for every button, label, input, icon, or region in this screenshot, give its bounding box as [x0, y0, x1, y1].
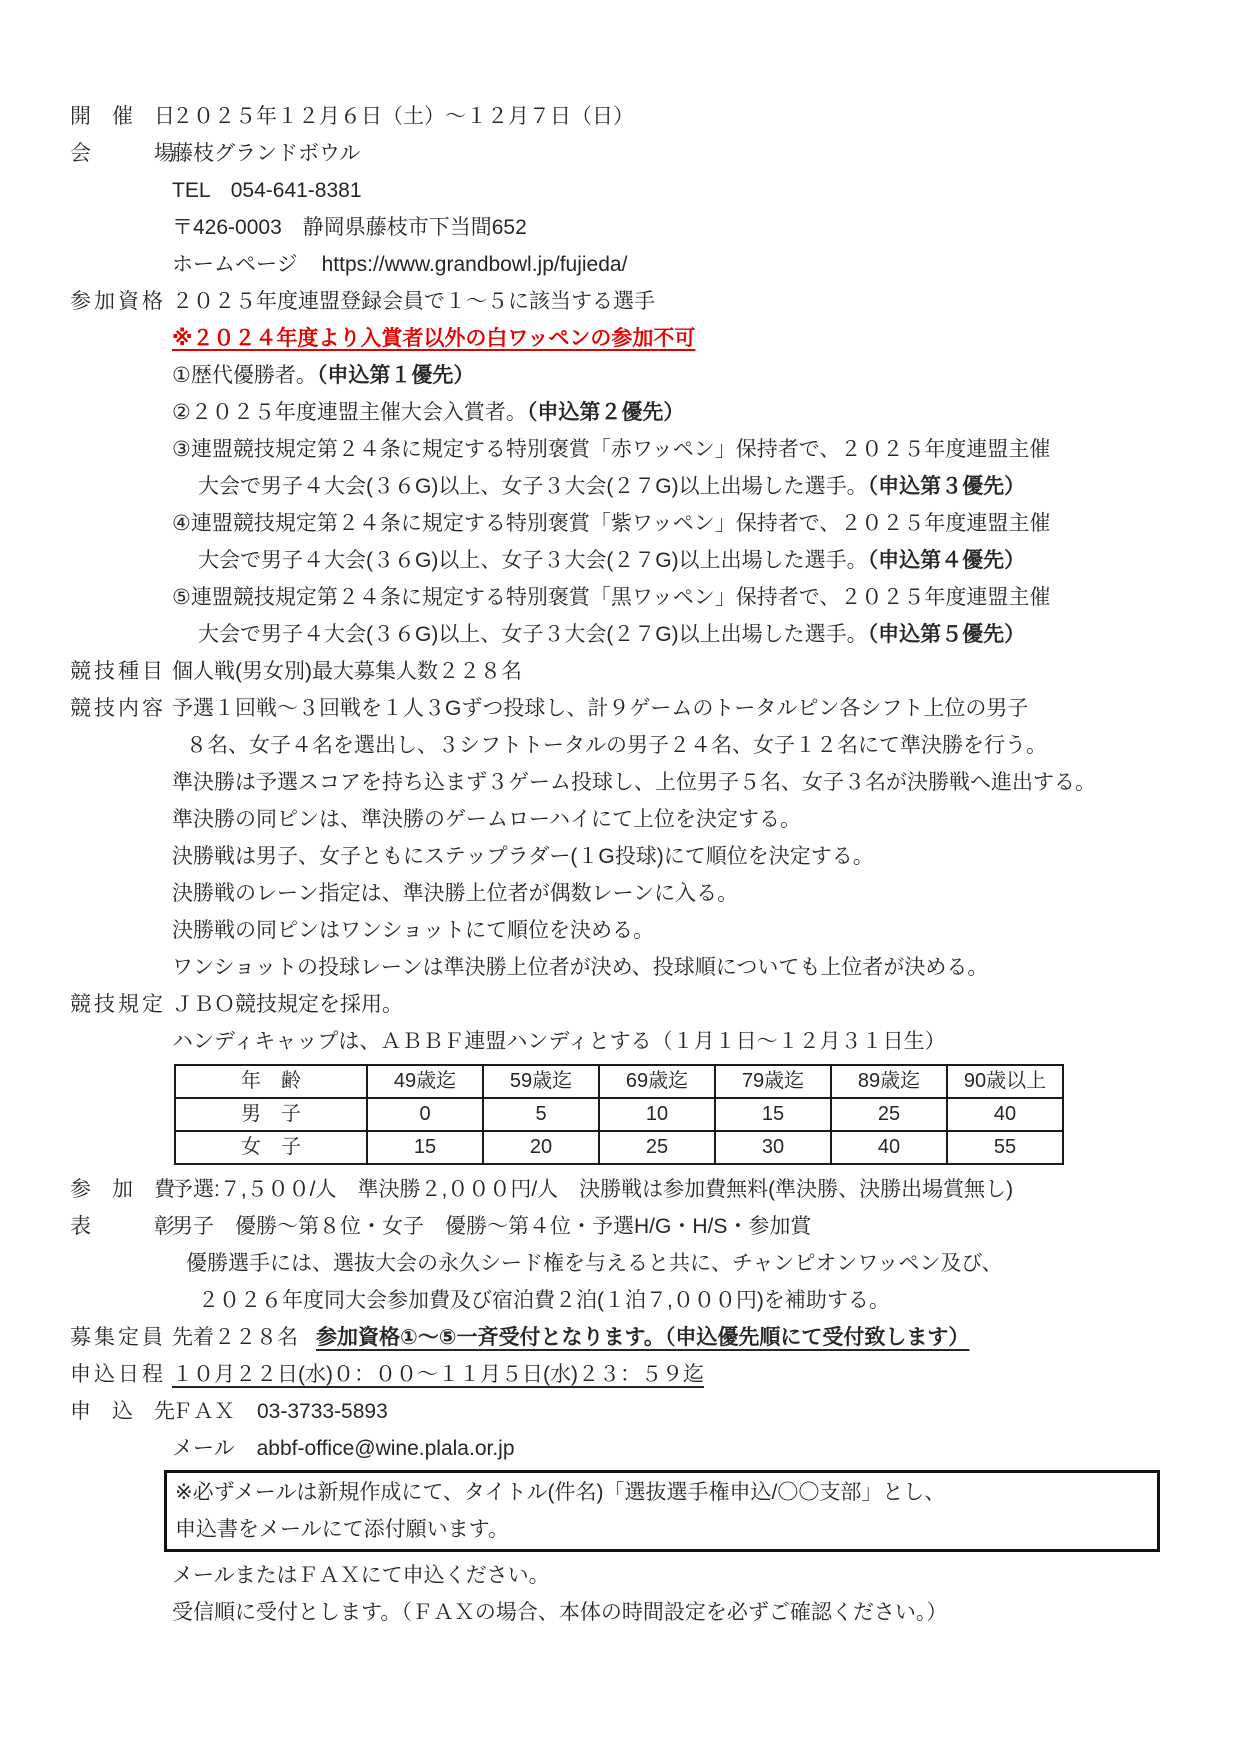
- schedule-line: １０月２２日(水)０：００～１１月５日(水)２３：５９迄: [172, 1356, 1174, 1393]
- event-type-content: 個人戦(男女別)最大募集人数２２８名: [172, 653, 1174, 690]
- rules-line: ハンディキャップは、ＡＢＢＦ連盟ハンディとする（１月１日～１２月３１日生）: [172, 1023, 1174, 1060]
- table-cell: 女 子: [175, 1131, 367, 1164]
- capacity-value: 先着２２８名: [172, 1326, 298, 1349]
- table-cell: 10: [599, 1098, 715, 1131]
- event-date-content: ２０２５年１２月６日（土）～１２月７日（日）: [172, 98, 1174, 135]
- eligibility-item-text: 大会で男子４大会(３６G)以上、女子３大会(２７G)以上出場した選手。: [198, 623, 868, 646]
- format-line: 予選１回戦～３回戦を１人３Gずつ投球し、計９ゲームのトータルピン各シフト上位の男…: [172, 690, 1174, 727]
- row-format: 競技内容 予選１回戦～３回戦を１人３Gずつ投球し、計９ゲームのトータルピン各シフ…: [70, 690, 1174, 986]
- eligibility-item-continued: 大会で男子４大会(３６G)以上、女子３大会(２７G)以上出場した選手。（申込第３…: [172, 468, 1174, 505]
- venue-homepage-line: ホームページhttps://www.grandbowl.jp/fujieda/: [172, 246, 1174, 283]
- note-box-line: ※必ずメールは新規作成にて、タイトル(件名)「選抜選手権申込/〇〇支部」とし、: [175, 1474, 1149, 1511]
- event-date-label: 開 催 日: [70, 98, 172, 135]
- awards-label: 表 彰: [70, 1208, 172, 1245]
- rules-content: ＪＢＯ競技規定を採用。 ハンディキャップは、ＡＢＢＦ連盟ハンディとする（１月１日…: [172, 986, 1174, 1171]
- application-note-box: ※必ずメールは新規作成にて、タイトル(件名)「選抜選手権申込/〇〇支部」とし、 …: [164, 1470, 1160, 1552]
- row-application: 申 込 先 ＦＡＸ03-3733-5893 メールabbf-office@win…: [70, 1393, 1174, 1631]
- format-line: 決勝戦は男子、女子ともにステップラダー(１G投球)にて順位を決定する。: [172, 838, 1174, 875]
- event-type-value: 個人戦(男女別)最大募集人数２２８名: [172, 653, 1174, 690]
- eligibility-item-continued: 大会で男子４大会(３６G)以上、女子３大会(２７G)以上出場した選手。（申込第４…: [172, 542, 1174, 579]
- eligibility-item-priority: （申込第５優先）: [868, 623, 1026, 646]
- awards-line: ２０２６年度同大会参加費及び宿泊費２泊(１泊７,０００円)を補助する。: [172, 1282, 1174, 1319]
- table-cell: 0: [367, 1098, 483, 1131]
- awards-content: 男子 優勝～第８位・女子 優勝～第４位・予選H/G・H/S・参加賞 優勝選手には…: [172, 1208, 1174, 1319]
- eligibility-item: ⑤連盟競技規定第２４条に規定する特別褒賞「黒ワッペン」保持者で、２０２５年度連盟…: [172, 579, 1174, 616]
- eligibility-item-text: 大会で男子４大会(３６G)以上、女子３大会(２７G)以上出場した選手。: [198, 475, 868, 498]
- format-line: ワンショットの投球レーンは準決勝上位者が決め、投球順についても上位者が決める。: [172, 949, 1174, 986]
- mail-address: abbf-office@wine.plala.or.jp: [257, 1437, 515, 1460]
- fax-number: 03-3733-5893: [257, 1400, 388, 1423]
- row-event-type: 競技種目 個人戦(男女別)最大募集人数２２８名: [70, 653, 1174, 690]
- handicap-table-row-women: 女 子 15 20 25 30 40 55: [175, 1131, 1063, 1164]
- table-header-cell: 90歳以上: [947, 1065, 1063, 1098]
- eligibility-item-priority: （申込第４優先）: [868, 549, 1026, 572]
- format-line: 準決勝は予選スコアを持ち込まず３ゲーム投球し、上位男子５名、女子３名が決勝戦へ進…: [172, 764, 1174, 801]
- table-header-cell: 69歳迄: [599, 1065, 715, 1098]
- venue-homepage-url: https://www.grandbowl.jp/fujieda/: [322, 253, 628, 276]
- venue-postal-address: 〒426-0003 静岡県藤枝市下当間652: [172, 209, 1174, 246]
- table-header-cell: 89歳迄: [831, 1065, 947, 1098]
- awards-line: 男子 優勝～第８位・女子 優勝～第４位・予選H/G・H/S・参加賞: [172, 1208, 1174, 1245]
- handicap-table-header-row: 年 齢 49歳迄 59歳迄 69歳迄 79歳迄 89歳迄 90歳以上: [175, 1065, 1063, 1098]
- fax-label: ＦＡＸ: [172, 1400, 235, 1423]
- application-fax-line: ＦＡＸ03-3733-5893: [172, 1393, 1174, 1430]
- format-line: 準決勝の同ピンは、準決勝のゲームローハイにて上位を決定する。: [172, 801, 1174, 838]
- eligibility-label: 参加資格: [70, 283, 172, 320]
- format-content: 予選１回戦～３回戦を１人３Gずつ投球し、計９ゲームのトータルピン各シフト上位の男…: [172, 690, 1174, 986]
- entry-fee-value: 予選:７,５００/人 準決勝２,０００円/人 決勝戦は参加費無料(準決勝、決勝出…: [172, 1171, 1174, 1208]
- note-box-line: 申込書をメールにて添付願います。: [175, 1511, 1149, 1548]
- application-instruction: メールまたはＦＡＸにて申込ください。: [172, 1557, 1174, 1594]
- schedule-value: １０月２２日(水)０：００～１１月５日(水)２３：５９迄: [172, 1363, 704, 1386]
- entry-fee-label: 参 加 費: [70, 1171, 172, 1208]
- application-instruction: 受信順に受付とします。（ＦＡＸの場合、本体の時間設定を必ずご確認ください。）: [172, 1594, 1174, 1631]
- venue-tel: TEL 054-641-8381: [172, 172, 1174, 209]
- venue-name: 藤枝グランドボウル: [172, 135, 1174, 172]
- table-header-cell: 59歳迄: [483, 1065, 599, 1098]
- tournament-notice-page: 開 催 日 ２０２５年１２月６日（土）～１２月７日（日） 会 場 藤枝グランドボ…: [0, 0, 1240, 1754]
- row-capacity: 募集定員 先着２２８名参加資格①～⑤一斉受付となります。（申込優先順にて受付致し…: [70, 1319, 1174, 1356]
- row-awards: 表 彰 男子 優勝～第８位・女子 優勝～第４位・予選H/G・H/S・参加賞 優勝…: [70, 1208, 1174, 1319]
- awards-line: 優勝選手には、選抜大会の永久シード権を与えると共に、チャンピオンワッペン及び、: [172, 1245, 1174, 1282]
- eligibility-item-text: ①歴代優勝者。: [172, 364, 317, 387]
- row-rules: 競技規定 ＪＢＯ競技規定を採用。 ハンディキャップは、ＡＢＢＦ連盟ハンディとする…: [70, 986, 1174, 1171]
- schedule-content: １０月２２日(水)０：００～１１月５日(水)２３：５９迄: [172, 1356, 1174, 1393]
- eligibility-intro: ２０２５年度連盟登録会員で１～５に該当する選手: [172, 283, 1174, 320]
- rules-line: ＪＢＯ競技規定を採用。: [172, 986, 1174, 1023]
- table-cell: 15: [715, 1098, 831, 1131]
- format-label: 競技内容: [70, 690, 172, 727]
- entry-fee-content: 予選:７,５００/人 準決勝２,０００円/人 決勝戦は参加費無料(準決勝、決勝出…: [172, 1171, 1174, 1208]
- table-header-cell: 79歳迄: [715, 1065, 831, 1098]
- event-type-label: 競技種目: [70, 653, 172, 690]
- capacity-content: 先着２２８名参加資格①～⑤一斉受付となります。（申込優先順にて受付致します）: [172, 1319, 1174, 1356]
- eligibility-item-text: ②２０２５年度連盟主催大会入賞者。: [172, 401, 527, 424]
- eligibility-item: ③連盟競技規定第２４条に規定する特別褒賞「赤ワッペン」保持者で、２０２５年度連盟…: [172, 431, 1174, 468]
- table-cell: 5: [483, 1098, 599, 1131]
- schedule-label: 申込日程: [70, 1356, 172, 1393]
- eligibility-content: ２０２５年度連盟登録会員で１～５に該当する選手 ※２０２４年度より入賞者以外の白…: [172, 283, 1174, 653]
- eligibility-item-priority: （申込第２優先）: [527, 401, 685, 424]
- table-cell: 20: [483, 1131, 599, 1164]
- row-event-date: 開 催 日 ２０２５年１２月６日（土）～１２月７日（日）: [70, 98, 1174, 135]
- row-entry-fee: 参 加 費 予選:７,５００/人 準決勝２,０００円/人 決勝戦は参加費無料(準…: [70, 1171, 1174, 1208]
- venue-homepage-label: ホームページ: [172, 253, 298, 276]
- table-cell: 25: [599, 1131, 715, 1164]
- table-header-cell: 年 齢: [175, 1065, 367, 1098]
- format-line: ８名、女子４名を選出し、３シフトトータルの男子２４名、女子１２名にて準決勝を行う…: [172, 727, 1174, 764]
- format-line: 決勝戦の同ピンはワンショットにて順位を決める。: [172, 912, 1174, 949]
- format-line: 決勝戦のレーン指定は、準決勝上位者が偶数レーンに入る。: [172, 875, 1174, 912]
- row-venue: 会 場 藤枝グランドボウル TEL 054-641-8381 〒426-0003…: [70, 135, 1174, 283]
- table-cell: 55: [947, 1131, 1063, 1164]
- eligibility-item-text: 大会で男子４大会(３６G)以上、女子３大会(２７G)以上出場した選手。: [198, 549, 868, 572]
- eligibility-item: ④連盟競技規定第２４条に規定する特別褒賞「紫ワッペン」保持者で、２０２５年度連盟…: [172, 505, 1174, 542]
- mail-label: メール: [172, 1437, 235, 1460]
- event-date-value: ２０２５年１２月６日（土）～１２月７日（日）: [172, 98, 1174, 135]
- table-cell: 15: [367, 1131, 483, 1164]
- venue-content: 藤枝グランドボウル TEL 054-641-8381 〒426-0003 静岡県…: [172, 135, 1174, 283]
- eligibility-item: ①歴代優勝者。（申込第１優先）: [172, 357, 1174, 394]
- eligibility-item-priority: （申込第１優先）: [317, 364, 475, 387]
- venue-label: 会 場: [70, 135, 172, 172]
- capacity-line: 先着２２８名参加資格①～⑤一斉受付となります。（申込優先順にて受付致します）: [172, 1319, 1174, 1356]
- capacity-label: 募集定員: [70, 1319, 172, 1356]
- table-cell: 男 子: [175, 1098, 367, 1131]
- application-label: 申 込 先: [70, 1393, 172, 1430]
- table-cell: 40: [947, 1098, 1063, 1131]
- handicap-table-row-men: 男 子 0 5 10 15 25 40: [175, 1098, 1063, 1131]
- handicap-table: 年 齢 49歳迄 59歳迄 69歳迄 79歳迄 89歳迄 90歳以上 男 子 0…: [174, 1064, 1064, 1165]
- table-cell: 40: [831, 1131, 947, 1164]
- eligibility-item: ②２０２５年度連盟主催大会入賞者。（申込第２優先）: [172, 394, 1174, 431]
- eligibility-item-priority: （申込第３優先）: [868, 475, 1026, 498]
- rules-label: 競技規定: [70, 986, 172, 1023]
- row-eligibility: 参加資格 ２０２５年度連盟登録会員で１～５に該当する選手 ※２０２４年度より入賞…: [70, 283, 1174, 653]
- eligibility-warning: ※２０２４年度より入賞者以外の白ワッペンの参加不可: [172, 320, 1174, 357]
- application-content: ＦＡＸ03-3733-5893 メールabbf-office@wine.plal…: [172, 1393, 1174, 1631]
- eligibility-item-continued: 大会で男子４大会(３６G)以上、女子３大会(２７G)以上出場した選手。（申込第５…: [172, 616, 1174, 653]
- table-cell: 25: [831, 1098, 947, 1131]
- table-header-cell: 49歳迄: [367, 1065, 483, 1098]
- table-cell: 30: [715, 1131, 831, 1164]
- row-schedule: 申込日程 １０月２２日(水)０：００～１１月５日(水)２３：５９迄: [70, 1356, 1174, 1393]
- capacity-note: 参加資格①～⑤一斉受付となります。（申込優先順にて受付致します）: [316, 1326, 969, 1349]
- application-mail-line: メールabbf-office@wine.plala.or.jp: [172, 1430, 1174, 1467]
